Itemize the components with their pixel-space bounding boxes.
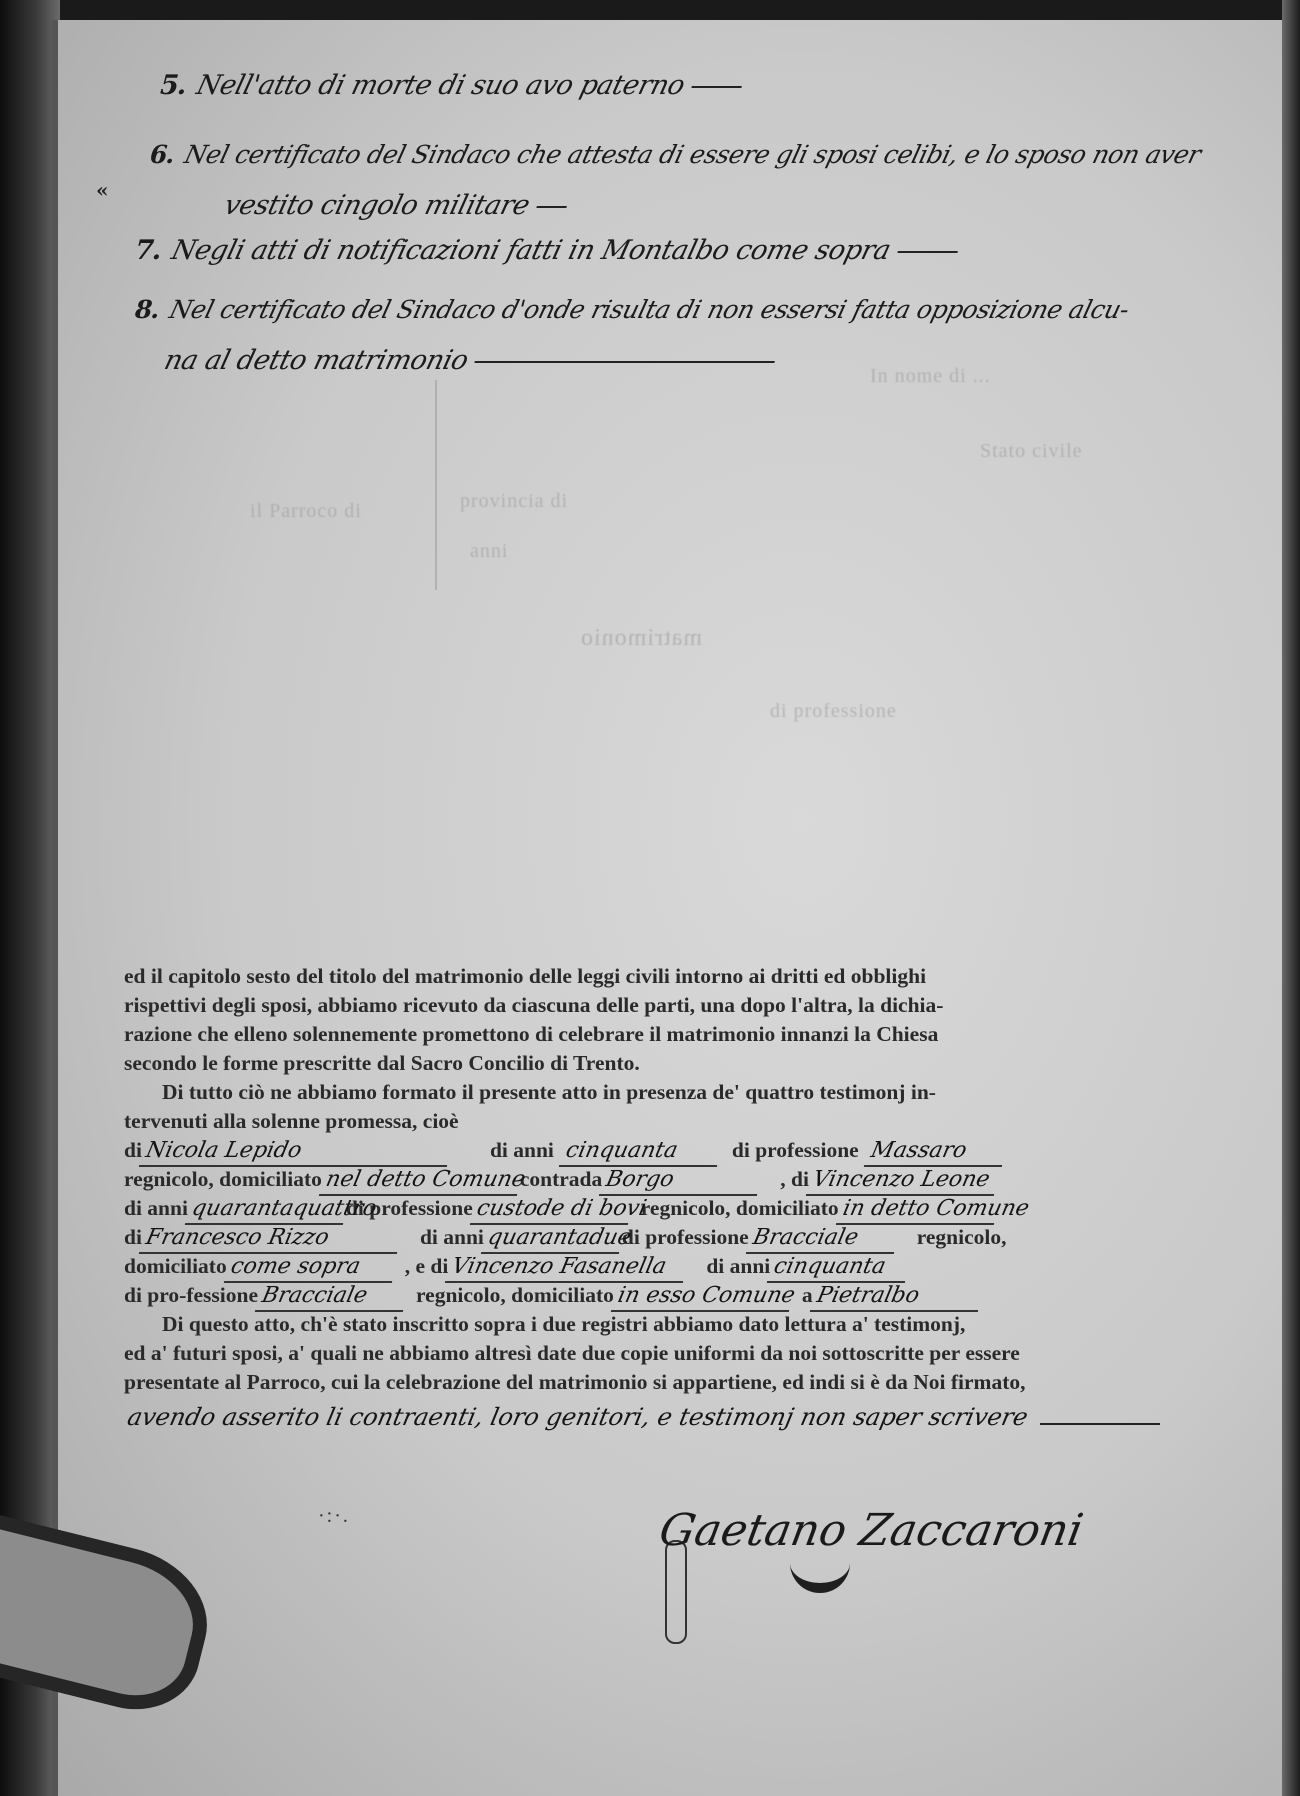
margin-mark: « xyxy=(96,178,109,202)
label: , di xyxy=(780,1165,809,1193)
annotation-text: Nel certificato del Sindaco che attesta … xyxy=(181,140,1203,169)
witness-age: quarantadue xyxy=(481,1224,625,1254)
ghost-column-rule xyxy=(435,380,437,590)
label: di anni xyxy=(490,1136,554,1164)
registrar-signature: Gaetano Zaccaroni xyxy=(656,1505,1087,1556)
witness-name: Nicola Lepido xyxy=(139,1137,453,1167)
text-line: Di questo atto, ch'è stato inscritto sop… xyxy=(124,1310,1184,1339)
annotation-6-cont: vestito cingolo militare xyxy=(221,190,570,221)
witness-profession: custode di bovi xyxy=(470,1195,634,1225)
ghost-fragment: In nome di ... xyxy=(870,365,991,388)
annotation-text-cont: na al detto matrimonio xyxy=(161,345,471,376)
text-line: ed a' futuri sposi, a' quali ne abbiamo … xyxy=(124,1339,1184,1368)
annotation-text: Nel certificato del Sindaco d'onde risul… xyxy=(166,295,1131,324)
witness-4-line: di pro-fessione Bracciale regnicolo, dom… xyxy=(124,1281,1184,1310)
witness-profession: Massaro xyxy=(864,1137,1008,1167)
witness-3-line: di Francesco Rizzo di anni quarantadue d… xyxy=(124,1223,1184,1252)
witness-name: Vincenzo Fasanella xyxy=(445,1253,689,1283)
witness-profession: Bracciale xyxy=(255,1282,409,1312)
fill-line xyxy=(897,251,957,253)
ghost-heading: matrimonio xyxy=(580,625,702,652)
witness-1-line: di Nicola Lepido di anni cinquanta di pr… xyxy=(124,1136,1184,1165)
annotation-8: 8.Nel certificato del Sindaco d'onde ris… xyxy=(131,295,1132,324)
witness-3-line-2: domiciliato come sopra , e di Vincenzo F… xyxy=(124,1252,1184,1281)
text-line: razione che elleno solennemente prometto… xyxy=(124,1020,1184,1049)
annotation-6: 6.Nel certificato del Sindaco che attest… xyxy=(146,140,1203,169)
annotation-5: 5.Nell'atto di morte di suo avo paterno xyxy=(156,70,746,101)
text-line: tervenuti alla solenne promessa, cioè xyxy=(124,1107,1184,1136)
annotation-8-cont: na al detto matrimonio xyxy=(161,345,779,376)
annotation-7: 7.Negli atti di notificazioni fatti in M… xyxy=(131,235,961,266)
witness-age: cinquanta xyxy=(559,1137,723,1167)
label: di professione xyxy=(732,1136,859,1164)
witness-age: quarantaquattro xyxy=(185,1195,349,1225)
ghost-fragment: anni xyxy=(470,540,508,563)
witness-2-line: di anni quarantaquattro di professione c… xyxy=(124,1194,1184,1223)
fill-line xyxy=(475,361,775,363)
witness-domicile: come sopra xyxy=(224,1253,398,1283)
label: di pro-fessione xyxy=(124,1281,258,1309)
annotation-text: Negli atti di notificazioni fatti in Mon… xyxy=(168,235,893,266)
page-edge-shadow xyxy=(1282,0,1300,1796)
text-line: secondo le forme prescritte dal Sacro Co… xyxy=(124,1049,1184,1078)
ghost-fragment: il Parroco di xyxy=(250,500,362,523)
text-line: rispettivi degli sposi, abbiamo ricevuto… xyxy=(124,991,1184,1020)
fill-line xyxy=(691,86,741,88)
witness-place: Pietralbo xyxy=(809,1282,983,1312)
label: regnicolo, xyxy=(917,1223,1007,1251)
printed-paragraph-1: ed il capitolo sesto del titolo del matr… xyxy=(124,962,1184,1432)
witness-domicile: in detto Comune xyxy=(835,1195,999,1225)
witness-1-line-2: regnicolo, domiciliato nel detto Comune … xyxy=(124,1165,1184,1194)
fill-line xyxy=(1040,1423,1160,1425)
annotation-text-cont: vestito cingolo militare xyxy=(221,190,532,221)
witness-name: Vincenzo Leone xyxy=(806,1166,1000,1196)
label: di anni xyxy=(706,1252,770,1280)
label: domiciliato xyxy=(124,1252,227,1280)
label: regnicolo, domiciliato xyxy=(124,1165,322,1193)
witness-profession: Bracciale xyxy=(746,1224,900,1254)
ink-spots: ·:·. xyxy=(318,1505,350,1528)
ghost-fragment: Stato civile xyxy=(980,440,1083,463)
label: di anni xyxy=(124,1194,188,1222)
label: di professione xyxy=(622,1223,749,1251)
handwritten-closing: avendo asserito li contraenti, loro geni… xyxy=(121,1403,1034,1431)
witness-domicile: nel detto Comune xyxy=(319,1166,523,1196)
label: di anni xyxy=(420,1223,484,1251)
text-line: ed il capitolo sesto del titolo del matr… xyxy=(124,962,1184,991)
annotation-text: Nell'atto di morte di suo avo paterno xyxy=(193,70,687,101)
label: regnicolo, domiciliato xyxy=(641,1194,839,1222)
text-line: presentate al Parroco, cui la celebrazio… xyxy=(124,1368,1184,1397)
label: regnicolo, domiciliato xyxy=(416,1281,614,1309)
text-line: Di tutto ciò ne abbiamo formato il prese… xyxy=(124,1078,1184,1107)
ghost-fragment: di professione xyxy=(770,700,897,723)
label: contrada xyxy=(520,1165,602,1193)
fill-line xyxy=(536,206,566,208)
witness-domicile: in esso Comune xyxy=(611,1282,795,1312)
label: , e di xyxy=(405,1252,449,1280)
ghost-fragment: provincia di xyxy=(460,490,568,513)
witness-age: cinquanta xyxy=(767,1253,911,1283)
handwritten-closing-line: avendo asserito li contraenti, loro geni… xyxy=(124,1403,1184,1432)
witness-street: Borgo xyxy=(599,1166,763,1196)
witness-name: Francesco Rizzo xyxy=(139,1224,403,1254)
